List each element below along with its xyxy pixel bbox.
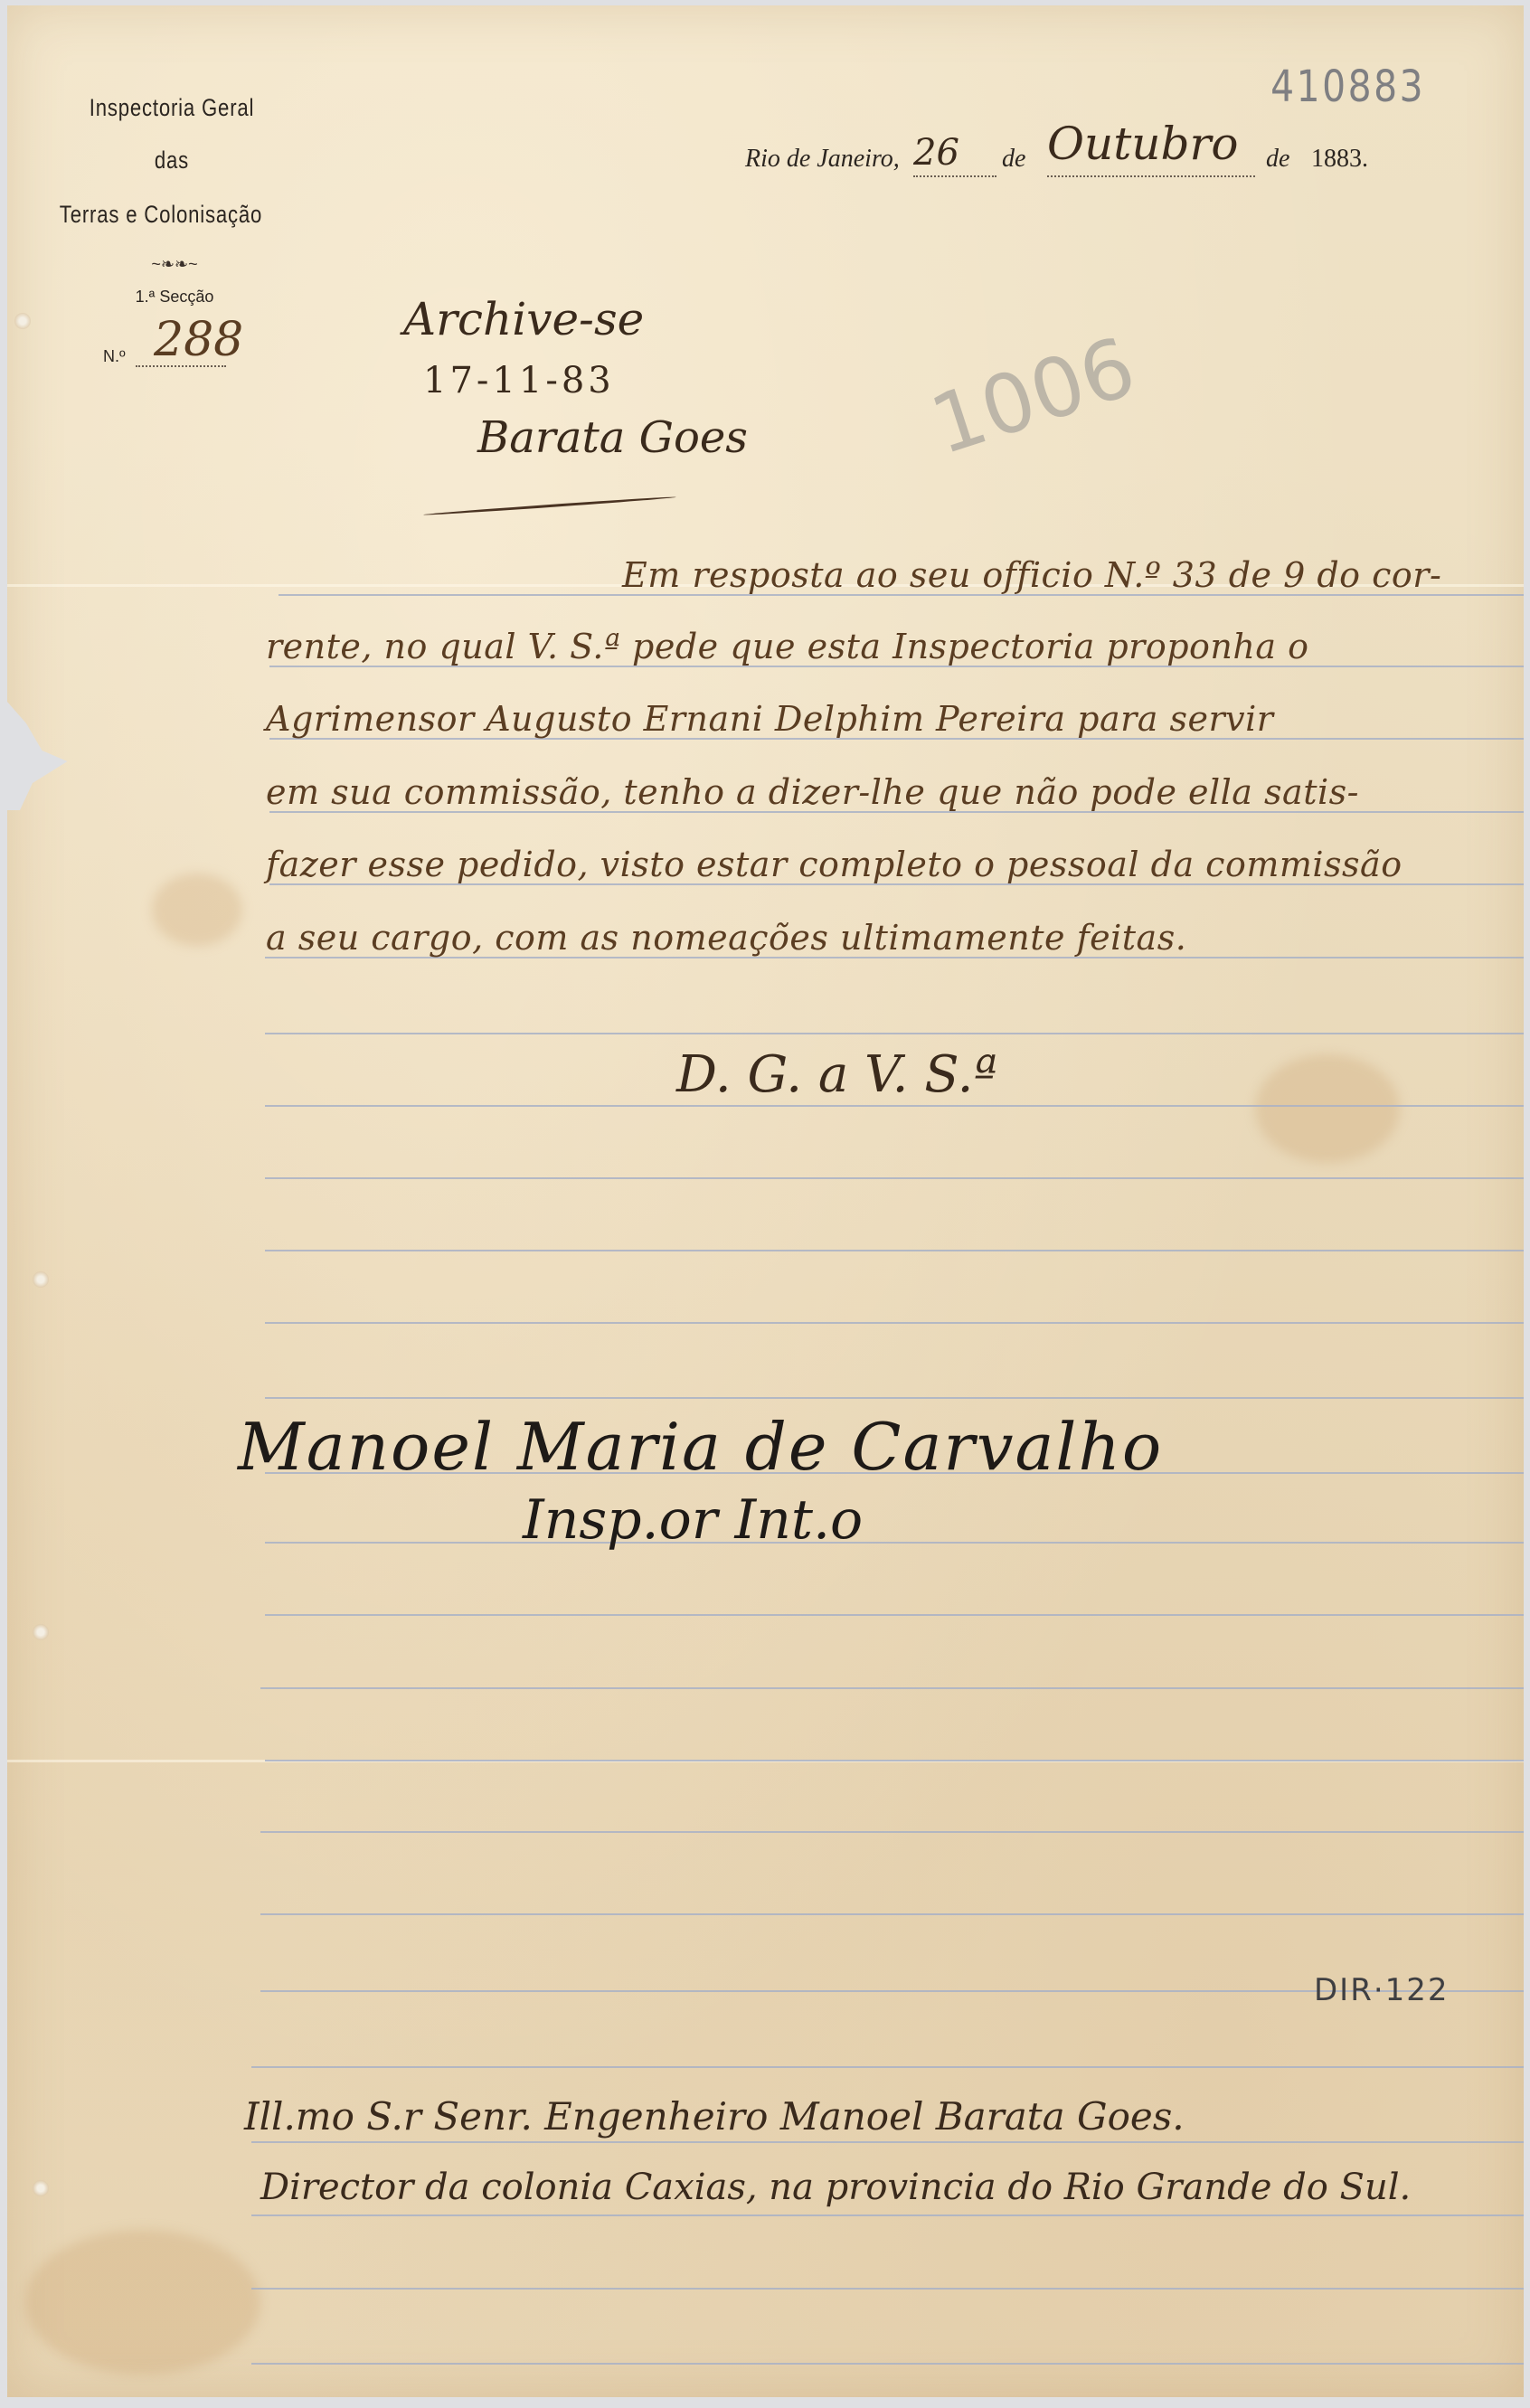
section-label: 1.ª Secção bbox=[107, 288, 242, 307]
body-line-4: em sua commissão, tenho a dizer-lhe que … bbox=[266, 772, 1359, 812]
signature-underline bbox=[423, 496, 676, 516]
dateline-month: Outubro bbox=[1047, 118, 1239, 170]
body-line-6: a seu cargo, com as nomeações ultimament… bbox=[266, 918, 1186, 958]
dateline-de: de bbox=[1002, 145, 1025, 174]
letterhead-line-1: Inspectoria Geral bbox=[46, 94, 298, 122]
stain bbox=[25, 2230, 260, 2375]
body-line-1: Em resposta ao seu officio N.º 33 de 9 d… bbox=[622, 555, 1441, 595]
archive-id-number: 410883 bbox=[1270, 61, 1425, 112]
pencil-mark: 1006 bbox=[920, 319, 1146, 474]
dateline-day: 26 bbox=[913, 132, 959, 174]
stain bbox=[1255, 1054, 1400, 1163]
document-page: Inspectoria Geral das Terras e Colonisaç… bbox=[7, 5, 1524, 2397]
torn-edge bbox=[7, 702, 71, 810]
stain bbox=[152, 873, 242, 946]
addressee-line-1: Ill.mo S.r Senr. Engenheiro Manoel Barat… bbox=[244, 2094, 1185, 2139]
punch-hole bbox=[14, 313, 31, 329]
letterhead-line-2: das bbox=[46, 146, 298, 175]
number-value: 288 bbox=[154, 313, 243, 367]
body-line-5: fazer esse pedido, visto estar completo … bbox=[266, 845, 1402, 884]
addressee-line-2: Director da colonia Caxias, na provincia… bbox=[260, 2167, 1411, 2208]
punch-hole bbox=[33, 1624, 49, 1640]
margin-note-archive: Archive-se bbox=[403, 293, 644, 345]
punch-hole bbox=[33, 2180, 49, 2196]
margin-note-signature: Barata Goes bbox=[477, 412, 748, 463]
margin-note-date: 17-11-83 bbox=[423, 360, 615, 401]
signature-name: Manoel Maria de Carvalho bbox=[238, 1409, 1163, 1485]
body-line-3: Agrimensor Augusto Ernani Delphim Pereir… bbox=[266, 699, 1273, 739]
closing-formula: D. G. a V. S.ª bbox=[676, 1045, 997, 1104]
day-dotted-line bbox=[913, 175, 996, 177]
dateline-place: Rio de Janeiro, bbox=[745, 145, 900, 174]
punch-hole bbox=[33, 1271, 49, 1288]
body-line-2: rente, no qual V. S.ª pede que esta Insp… bbox=[266, 627, 1309, 666]
dateline-year: 1883. bbox=[1311, 145, 1368, 174]
dir-reference: DIR·122 bbox=[1314, 1972, 1450, 2008]
letterhead-line-3: Terras e Colonisação bbox=[35, 201, 288, 229]
ornament-icon: ~❧❧~ bbox=[125, 255, 224, 274]
signature-title: Insp.or Int.o bbox=[523, 1488, 863, 1552]
number-label: N.º bbox=[103, 347, 126, 366]
month-dotted-line bbox=[1047, 175, 1255, 177]
dateline-de-2: de bbox=[1266, 145, 1289, 174]
